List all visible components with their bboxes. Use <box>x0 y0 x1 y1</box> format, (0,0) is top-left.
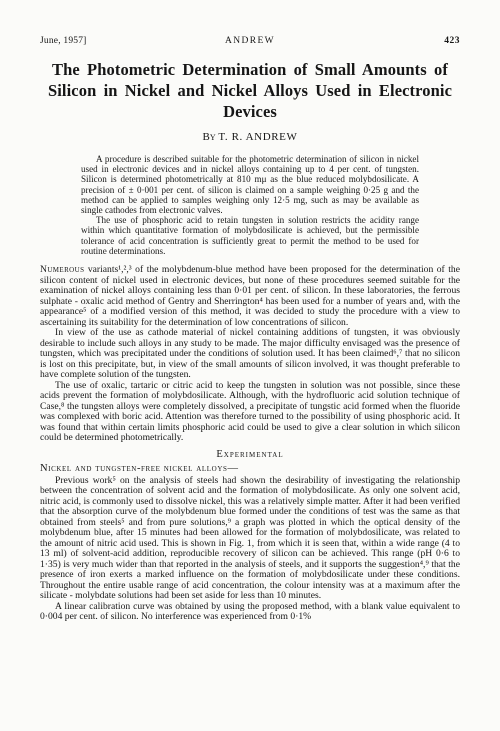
abstract-paragraph-2: The use of phosphoric acid to retain tun… <box>81 215 419 256</box>
subsection-heading-nickel-alloys: Nickel and tungsten-free nickel alloys— <box>40 464 460 475</box>
running-head-author: ANDREW <box>0 36 500 46</box>
paragraph-lead-word: Numerous <box>40 264 84 275</box>
abstract: A procedure is described suitable for th… <box>81 154 419 256</box>
byline: By T. R. ANDREW <box>40 131 460 143</box>
body-paragraph-2: In view of the use as cathode material o… <box>40 328 460 381</box>
body-paragraph-4: Previous work⁵ on the analysis of steels… <box>40 476 460 602</box>
body-paragraph-5: A linear calibration curve was obtained … <box>40 602 460 623</box>
journal-page: June, 1957] ANDREW 423 The Photometric D… <box>0 0 500 731</box>
byline-author: T. R. ANDREW <box>218 131 297 143</box>
abstract-paragraph-1: A procedure is described suitable for th… <box>81 154 419 215</box>
paper-title: The Photometric Determination of Small A… <box>40 59 460 122</box>
byline-prefix: By <box>203 131 216 143</box>
page-header: June, 1957] ANDREW 423 <box>40 36 460 46</box>
body-paragraph-1: Numerous variants¹,²,³ of the molybdenum… <box>40 265 460 328</box>
section-heading-experimental: Experimental <box>40 450 460 461</box>
body-paragraph-3: The use of oxalic, tartaric or citric ac… <box>40 381 460 444</box>
article-body: Numerous variants¹,²,³ of the molybdenum… <box>40 265 460 623</box>
paragraph-text: variants¹,²,³ of the molybdenum-blue met… <box>40 264 460 328</box>
